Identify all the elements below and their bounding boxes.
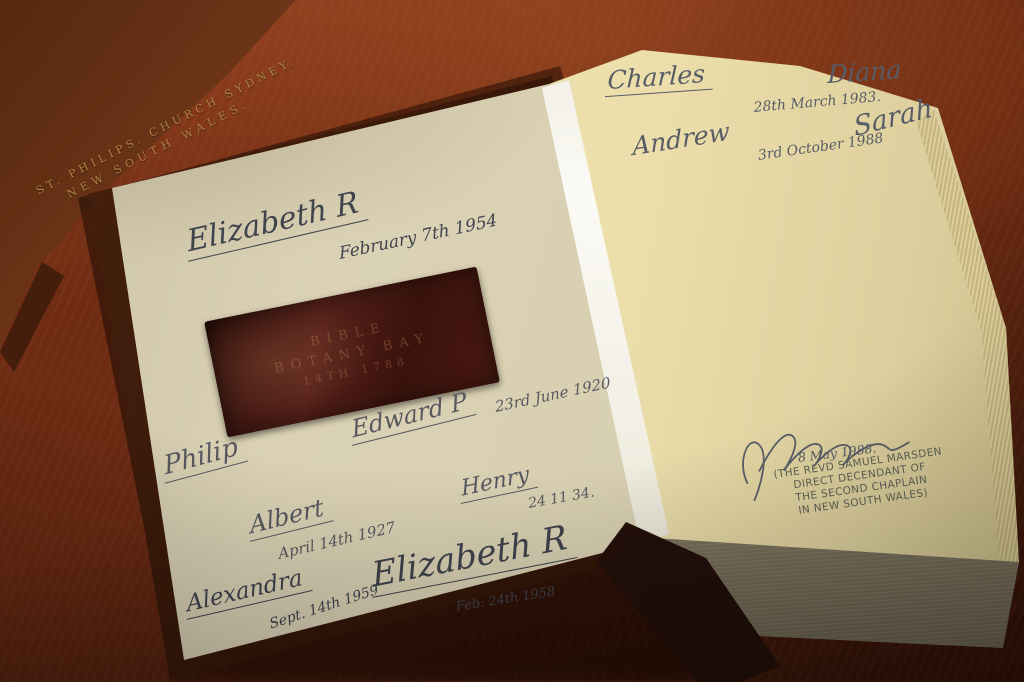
signature-charles: Charles (605, 58, 713, 95)
signature-diana: Diana (827, 55, 902, 89)
photo-first-fleet-bible: ST. PHILIPS. CHURCH SYDNEY. NEW SOUTH WA… (0, 0, 1024, 682)
